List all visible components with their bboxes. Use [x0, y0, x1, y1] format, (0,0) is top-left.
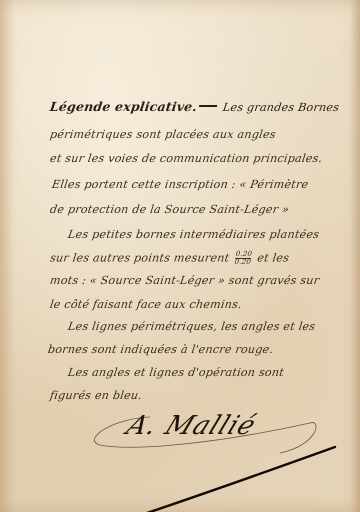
signature-underline-stroke-icon	[135, 445, 345, 512]
text-line-11: bornes sont indiquées à l'encre rouge.	[47, 343, 274, 356]
text-line-2: périmétriques sont placées aux angles	[49, 128, 277, 141]
text-line-7-end: et les	[256, 252, 290, 265]
measurement-fraction: 0.20 0.20	[234, 251, 252, 266]
text-line-8: mots : « Source Saint-Léger » sont gravé…	[49, 274, 320, 287]
text-line-9: le côté faisant face aux chemins.	[49, 298, 243, 311]
text-line-6: Les petites bornes intermédiaires planté…	[67, 228, 320, 241]
text-line-13: figurés en bleu.	[49, 389, 143, 402]
text-line-1: Les grandes Bornes	[222, 101, 340, 114]
title-dash	[199, 105, 217, 107]
text-line-12: Les angles et lignes d'opération sont	[67, 366, 285, 379]
text-line-10: Les lignes périmétriques, les angles et …	[67, 320, 316, 333]
fraction-denominator: 0.20	[234, 259, 251, 266]
signature-text: A. Mallié	[122, 411, 261, 441]
text-line-4: Elles portent cette inscription : « Péri…	[51, 178, 309, 191]
text-line-7-group: sur les autres points mesurent 0.20 0.20…	[49, 251, 290, 266]
legend-title: Légende explicative.	[49, 99, 198, 114]
legend-heading-line: Légende explicative.Les grandes Bornes	[49, 99, 340, 114]
text-line-3: et sur les voies de communication princi…	[49, 152, 323, 165]
text-line-7: sur les autres points mesurent	[49, 252, 230, 265]
text-line-5: de protection de la Source Saint-Léger »	[49, 203, 290, 216]
